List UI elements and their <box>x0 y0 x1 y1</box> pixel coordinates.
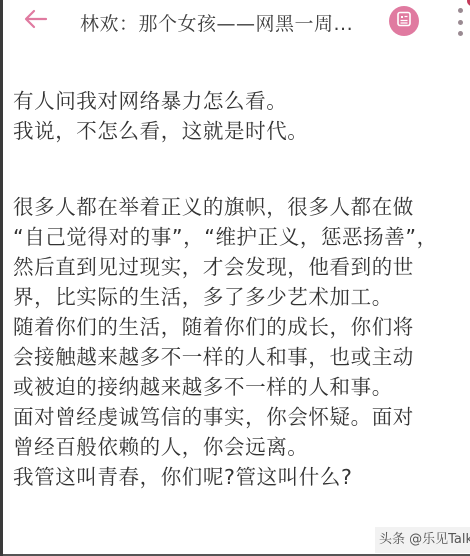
text-line: 界，比实际的生活，多了多少艺术加工。 <box>13 282 468 312</box>
more-vertical-icon <box>458 8 463 13</box>
paragraph: 有人问我对网络暴力怎么看。 我说，不怎么看，这就是时代。 <box>13 86 468 146</box>
reader-mode-button[interactable] <box>389 6 419 36</box>
article-body: 有人问我对网络暴力怎么看。 我说，不怎么看，这就是时代。 很多人都在举着正义的旗… <box>13 86 468 492</box>
page-title: 林欢：那个女孩——网黑一周... <box>80 9 353 36</box>
more-dot <box>458 20 463 25</box>
more-options-button[interactable] <box>453 8 467 36</box>
paragraph-gap <box>13 146 468 192</box>
more-dot <box>458 31 463 36</box>
text-line: 然后直到见过现实，才会发现，他看到的世 <box>13 252 468 282</box>
text-line: 有人问我对网络暴力怎么看。 <box>13 86 468 116</box>
text-line: 或被迫的接纳越来越多不一样的人和事。 <box>13 372 468 402</box>
text-line: “自己觉得对的事”，“维护正义，惩恶扬善”， <box>13 222 468 252</box>
text-line: 很多人都在举着正义的旗帜，很多人都在做 <box>13 192 468 222</box>
back-button[interactable] <box>21 6 51 36</box>
text-line: 曾经百般依赖的人，你会远离。 <box>13 432 468 462</box>
arrow-left-icon <box>24 9 48 33</box>
watermark: 头条 @乐见Talk <box>375 527 470 553</box>
paragraph: 很多人都在举着正义的旗帜，很多人都在做 “自己觉得对的事”，“维护正义，惩恶扬善… <box>13 192 468 492</box>
text-line: 我管这叫青春，你们呢?管这叫什么? <box>13 462 468 492</box>
text-line: 会接触越来越多不一样的人和事，也或主动 <box>13 342 468 372</box>
app-screen: 林欢：那个女孩——网黑一周... 有人问我对网络暴力怎么看。 我说，不怎么看，这… <box>0 0 470 556</box>
text-line: 我说，不怎么看，这就是时代。 <box>13 116 468 146</box>
text-line: 随着你们的生活，随着你们的成长，你们将 <box>13 312 468 342</box>
reader-mode-icon <box>396 11 412 31</box>
text-line: 面对曾经虔诚笃信的事实，你会怀疑。面对 <box>13 402 468 432</box>
app-bar: 林欢：那个女孩——网黑一周... <box>3 0 470 46</box>
